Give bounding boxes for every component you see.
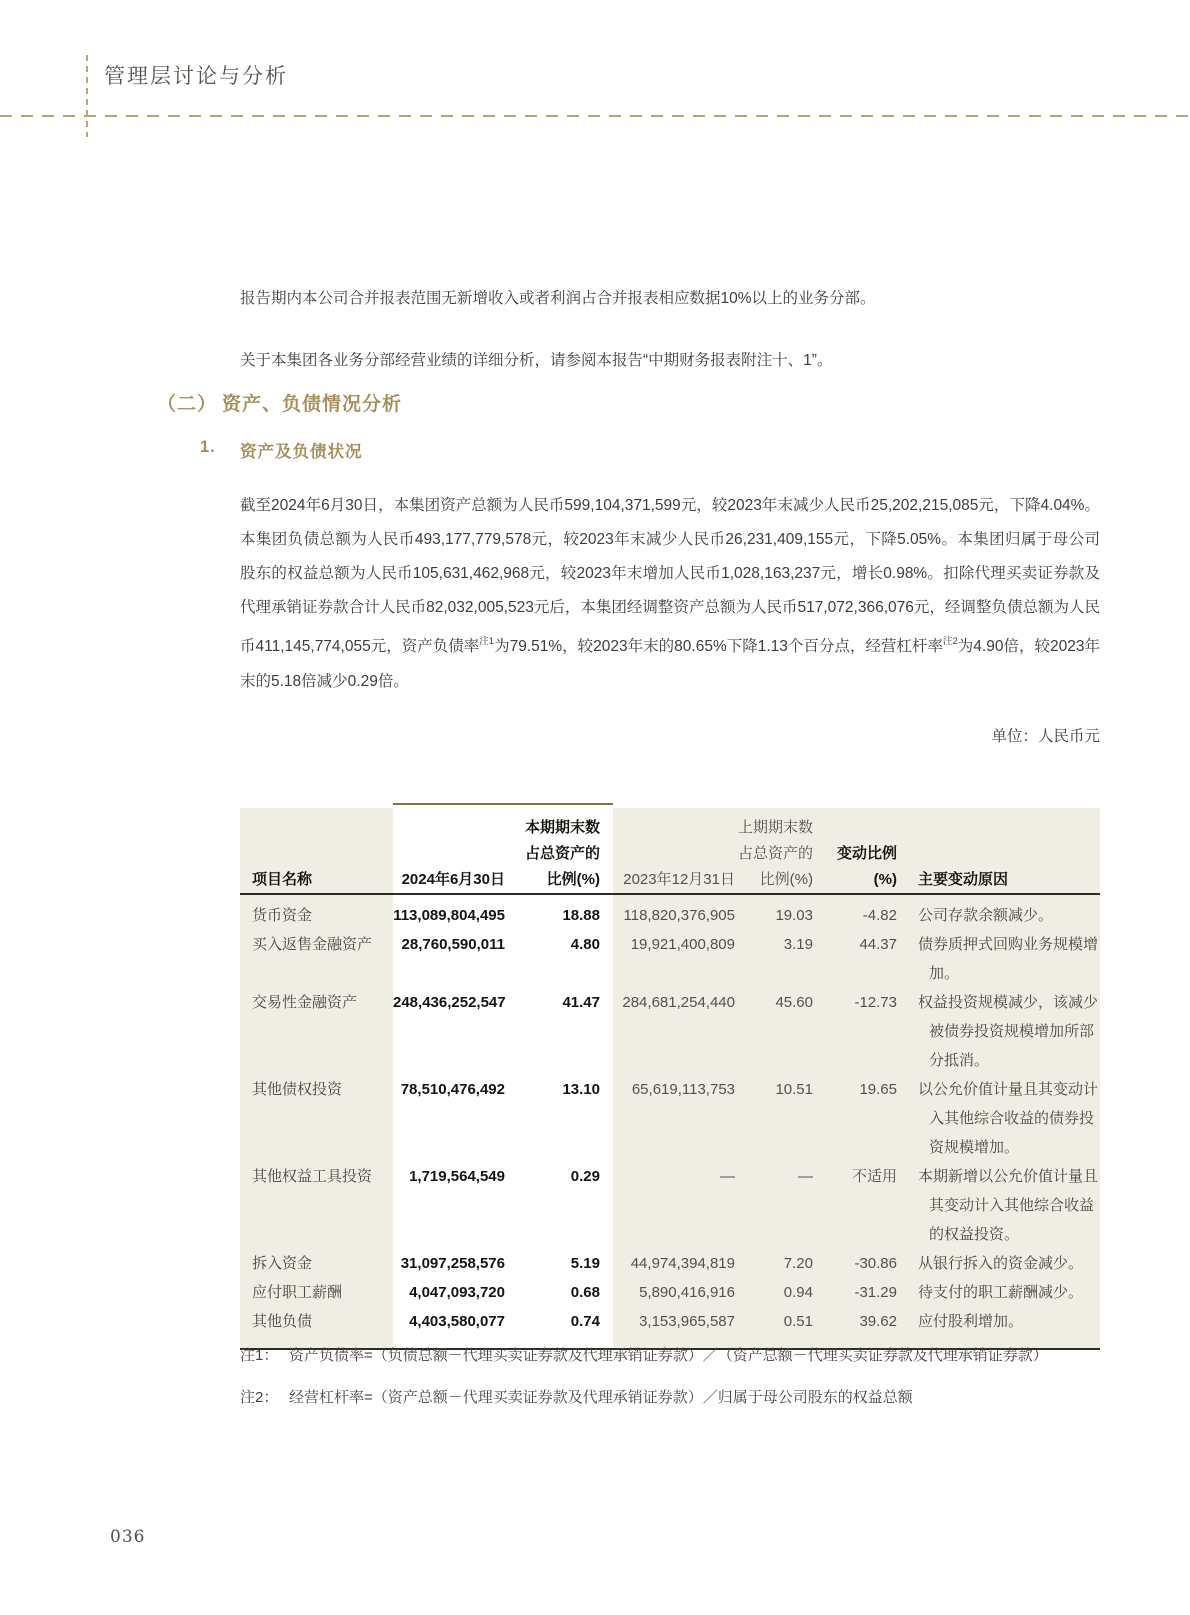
table-body: 货币资金 113,089,804,495 18.88 118,820,376,9… — [240, 895, 1100, 1348]
row-reason-text: 从银行拆入的资金减少。 — [918, 1249, 1100, 1278]
table-row: 其他债权投资 78,510,476,492 13.10 65,619,113,7… — [240, 1075, 1100, 1162]
section-heading: （二） 资产、负债情况分析 — [157, 389, 402, 416]
table-row: 买入返售金融资产 28,760,590,011 4.80 19,921,400,… — [240, 930, 1100, 988]
row-prev-value: 284,681,254,440 — [613, 988, 737, 1075]
row-reason-text: 以公允价值计量且其变动计入其他综合收益的债券投资规模增加。 — [918, 1075, 1100, 1162]
header-prev-date: 2023年12月31日 — [613, 867, 737, 893]
table-row: 其他权益工具投资 1,719,564,549 0.29 — — 不适用 本期新增… — [240, 1162, 1100, 1249]
subsection-heading-text: 资产及负债状况 — [240, 438, 363, 462]
footnote-ref-2: 注2 — [943, 636, 958, 647]
row-name: 其他债权投资 — [240, 1075, 393, 1162]
row-prev-pct: 0.51 — [737, 1307, 815, 1336]
header-prev-line2: 占总资产的 — [613, 841, 815, 867]
table-row: 拆入资金 31,097,258,576 5.19 44,974,394,819 … — [240, 1249, 1100, 1278]
header-change-line2: (%) — [815, 867, 899, 893]
row-current-value: 4,047,093,720 — [393, 1278, 508, 1307]
analysis-text-1: 截至2024年6月30日，本集团资产总额为人民币599,104,371,599元… — [240, 497, 1100, 656]
row-name: 货币资金 — [240, 901, 393, 930]
row-current-pct: 13.10 — [508, 1075, 613, 1162]
intro-paragraph-1: 报告期内本公司合并报表范围无新增收入或者利润占合并报表相应数据10%以上的业务分… — [240, 287, 1100, 311]
row-prev-pct: 45.60 — [737, 988, 815, 1075]
footnote-1-text: 资产负债率=（负债总额－代理买卖证券款及代理承销证券款）／（资产总额－代理买卖证… — [289, 1341, 1107, 1370]
row-reason-text: 权益投资规模减少，该减少被债券投资规模增加所部分抵消。 — [918, 988, 1100, 1075]
row-reason-text: 公司存款余额减少。 — [918, 901, 1100, 930]
report-page: 管理层讨论与分析 报告期内本公司合并报表范围无新增收入或者利润占合并报表相应数据… — [0, 0, 1190, 1615]
row-name: 其他权益工具投资 — [240, 1162, 393, 1249]
footnotes: 注1： 资产负债率=（负债总额－代理买卖证券款及代理承销证券款）／（资产总额－代… — [240, 1341, 1120, 1425]
row-current-pct: 0.74 — [508, 1307, 613, 1336]
header-prev-ratio: 比例(%) — [737, 867, 815, 893]
section-heading-number: （二） — [157, 389, 217, 416]
row-reason: 债券质押式回购业务规模增加。 — [899, 930, 1100, 988]
row-prev-value: 3,153,965,587 — [613, 1307, 737, 1336]
footnote-2-label: 注2： — [240, 1383, 289, 1412]
table-row: 应付职工薪酬 4,047,093,720 0.68 5,890,416,916 … — [240, 1278, 1100, 1307]
row-reason: 权益投资规模减少，该减少被债券投资规模增加所部分抵消。 — [899, 988, 1100, 1075]
analysis-paragraph: 截至2024年6月30日，本集团资产总额为人民币599,104,371,599元… — [240, 489, 1100, 699]
financial-table: 本期期末数 上期期末数 占总资产的 占总资产的 变动比例 项目名称 2024年6… — [240, 808, 1100, 1350]
table-unit-label: 单位：人民币元 — [240, 724, 1100, 746]
footnote-1: 注1： 资产负债率=（负债总额－代理买卖证券款及代理承销证券款）／（资产总额－代… — [240, 1341, 1120, 1370]
footnote-2-text: 经营杠杆率=（资产总额－代理买卖证券款及代理承销证券款）／归属于母公司股东的权益… — [289, 1383, 1107, 1412]
header-current-ratio: 比例(%) — [508, 867, 613, 893]
section-heading-text: 资产、负债情况分析 — [222, 389, 402, 416]
row-change-pct: -30.86 — [815, 1249, 899, 1278]
header-item-name: 项目名称 — [240, 867, 393, 893]
row-current-pct: 41.47 — [508, 988, 613, 1075]
page-title: 管理层讨论与分析 — [104, 60, 288, 90]
horizontal-dashed-divider — [0, 115, 1190, 117]
row-prev-value: 118,820,376,905 — [613, 901, 737, 930]
analysis-text-2: 为79.51%，较2023年末的80.65%下降1.13个百分点，经营杠杆率 — [494, 638, 943, 655]
row-current-value: 28,760,590,011 — [393, 930, 508, 988]
subsection-heading-number: 1. — [200, 438, 240, 462]
footnote-1-label: 注1： — [240, 1341, 289, 1370]
row-name: 应付职工薪酬 — [240, 1278, 393, 1307]
row-change-pct: 44.37 — [815, 930, 899, 988]
row-change-pct: 19.65 — [815, 1075, 899, 1162]
row-change-pct: -12.73 — [815, 988, 899, 1075]
intro-paragraph-2: 关于本集团各业务分部经营业绩的详细分析，请参阅本报告“中期财务报表附注十、1”。 — [240, 349, 1100, 373]
row-prev-value: 5,890,416,916 — [613, 1278, 737, 1307]
header-prev-line1: 上期期末数 — [613, 815, 815, 841]
row-current-value: 113,089,804,495 — [393, 901, 508, 930]
page-number: 036 — [110, 1527, 145, 1547]
row-reason: 以公允价值计量且其变动计入其他综合收益的债券投资规模增加。 — [899, 1075, 1100, 1162]
row-prev-pct: 10.51 — [737, 1075, 815, 1162]
row-current-pct: 4.80 — [508, 930, 613, 988]
subsection-heading: 1. 资产及负债状况 — [200, 438, 363, 462]
header-reason: 主要变动原因 — [899, 867, 1100, 893]
table-row: 货币资金 113,089,804,495 18.88 118,820,376,9… — [240, 901, 1100, 930]
row-prev-pct: 0.94 — [737, 1278, 815, 1307]
row-prev-value: 65,619,113,753 — [613, 1075, 737, 1162]
footnote-ref-1: 注1 — [479, 636, 494, 647]
row-prev-pct: 3.19 — [737, 930, 815, 988]
row-current-pct: 0.29 — [508, 1162, 613, 1249]
row-current-pct: 5.19 — [508, 1249, 613, 1278]
table-header: 本期期末数 上期期末数 占总资产的 占总资产的 变动比例 项目名称 2024年6… — [240, 808, 1100, 895]
row-reason-text: 债券质押式回购业务规模增加。 — [918, 930, 1100, 988]
row-current-value: 31,097,258,576 — [393, 1249, 508, 1278]
row-current-pct: 18.88 — [508, 901, 613, 930]
row-change-pct: 不适用 — [815, 1162, 899, 1249]
row-prev-value: 19,921,400,809 — [613, 930, 737, 988]
row-reason-text: 应付股利增加。 — [918, 1307, 1100, 1336]
row-current-value: 78,510,476,492 — [393, 1075, 508, 1162]
row-prev-pct: 19.03 — [737, 901, 815, 930]
row-current-value: 248,436,252,547 — [393, 988, 508, 1075]
footnote-2: 注2： 经营杠杆率=（资产总额－代理买卖证券款及代理承销证券款）／归属于母公司股… — [240, 1383, 1120, 1412]
row-reason: 从银行拆入的资金减少。 — [899, 1249, 1100, 1278]
row-prev-pct: 7.20 — [737, 1249, 815, 1278]
row-change-pct: -4.82 — [815, 901, 899, 930]
header-current-date: 2024年6月30日 — [393, 867, 508, 893]
vertical-dashed-divider — [86, 55, 88, 137]
row-prev-value: 44,974,394,819 — [613, 1249, 737, 1278]
table-row: 交易性金融资产 248,436,252,547 41.47 284,681,25… — [240, 988, 1100, 1075]
row-change-pct: -31.29 — [815, 1278, 899, 1307]
row-reason: 应付股利增加。 — [899, 1307, 1100, 1336]
row-current-value: 1,719,564,549 — [393, 1162, 508, 1249]
row-reason-text: 待支付的职工薪酬减少。 — [918, 1278, 1100, 1307]
row-reason: 公司存款余额减少。 — [899, 901, 1100, 930]
row-name: 买入返售金融资产 — [240, 930, 393, 988]
header-current-line2: 占总资产的 — [240, 841, 613, 867]
row-reason-text: 本期新增以公允价值计量且其变动计入其他综合收益的权益投资。 — [918, 1162, 1100, 1249]
row-reason: 本期新增以公允价值计量且其变动计入其他综合收益的权益投资。 — [899, 1162, 1100, 1249]
row-name: 交易性金融资产 — [240, 988, 393, 1075]
row-prev-value: — — [613, 1162, 737, 1249]
row-prev-pct: — — [737, 1162, 815, 1249]
row-name: 拆入资金 — [240, 1249, 393, 1278]
row-name: 其他负债 — [240, 1307, 393, 1336]
row-current-pct: 0.68 — [508, 1278, 613, 1307]
row-change-pct: 39.62 — [815, 1307, 899, 1336]
header-current-line1: 本期期末数 — [240, 815, 613, 841]
row-reason: 待支付的职工薪酬减少。 — [899, 1278, 1100, 1307]
table-row: 其他负债 4,403,580,077 0.74 3,153,965,587 0.… — [240, 1307, 1100, 1336]
row-current-value: 4,403,580,077 — [393, 1307, 508, 1336]
header-change-line1: 变动比例 — [815, 841, 899, 867]
